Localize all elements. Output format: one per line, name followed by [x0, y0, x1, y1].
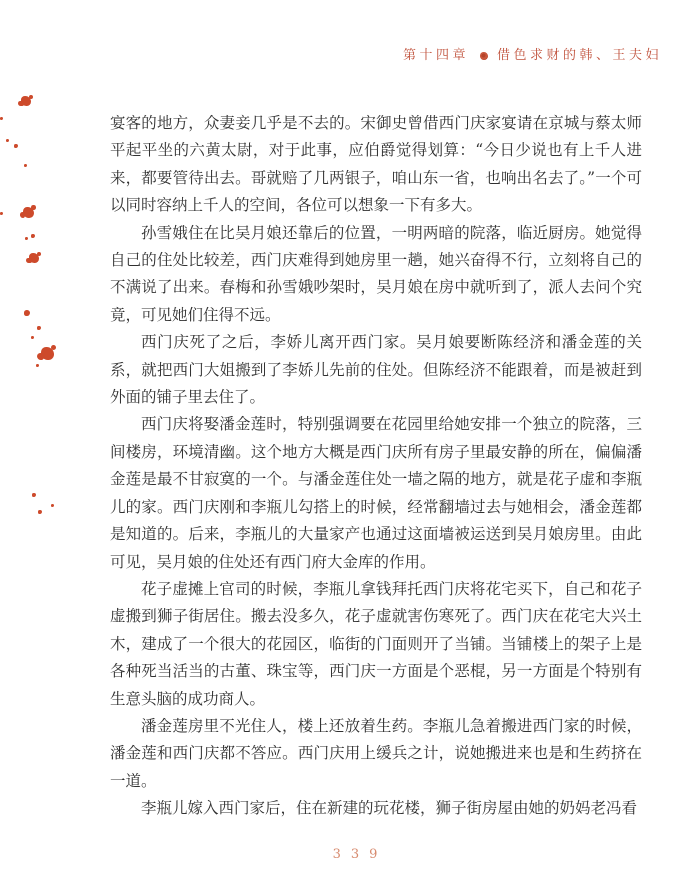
ink-splotch — [37, 326, 41, 330]
ink-splotch — [6, 139, 9, 142]
paragraph: 花子虚摊上官司的时候，李瓶儿拿钱拜托西门庆将花宅买下，自己和花子虚搬到狮子街居住… — [110, 576, 642, 713]
paragraph: 李瓶儿嫁入西门家后，住在新建的玩花楼，狮子街房屋由她的奶妈老冯看 — [110, 795, 642, 822]
chapter-title: 借色求财的韩、王夫妇 — [497, 48, 662, 63]
ink-splotch — [0, 117, 3, 120]
ink-splotch — [21, 96, 31, 106]
paragraph: 西门庆将娶潘金莲时，特别强调要在花园里给她安排一个独立的院落，三间楼房，环境清幽… — [110, 411, 642, 575]
running-header: 第十四章借色求财的韩、王夫妇 — [403, 44, 662, 63]
paragraph: 西门庆死了之后，李娇儿离开西门家。吴月娘要断陈经济和潘金莲的关系，就把西门大姐搬… — [110, 329, 642, 411]
ink-splotch — [23, 207, 34, 218]
book-page: 第十四章借色求财的韩、王夫妇 宴客的地方，众妻妾几乎是不去的。宋御史曾借西门庆家… — [0, 0, 686, 876]
ink-splotch — [41, 347, 54, 360]
ink-splotch — [25, 237, 28, 240]
paragraph: 潘金莲房里不光住人，楼上还放着生药。李瓶儿急着搬进西门家的时候，潘金莲和西门庆都… — [110, 713, 642, 795]
ink-splotch — [0, 212, 3, 215]
seal-dot-icon — [480, 52, 488, 60]
ink-splotch — [31, 336, 34, 339]
ink-splotch — [29, 253, 39, 263]
page-number: 339 — [333, 847, 388, 862]
ink-splotch — [24, 164, 27, 167]
ink-splotch — [32, 493, 36, 497]
chapter-label: 第十四章 — [403, 48, 469, 63]
page-footer: 339 — [110, 843, 610, 862]
ink-splotch — [24, 310, 30, 316]
ink-splotch — [36, 364, 39, 367]
ink-splotch — [38, 510, 42, 514]
ink-splotch — [51, 504, 54, 507]
paragraph: 宴客的地方，众妻妾几乎是不去的。宋御史曾借西门庆家宴请在京城与蔡太师平起平坐的六… — [110, 110, 642, 220]
ink-splotch — [31, 234, 35, 238]
page-body: 宴客的地方，众妻妾几乎是不去的。宋御史曾借西门庆家宴请在京城与蔡太师平起平坐的六… — [110, 110, 642, 823]
ink-splotch — [14, 144, 18, 148]
paragraph: 孙雪娥住在比吴月娘还靠后的位置，一明两暗的院落，临近厨房。她觉得自己的住处比较差… — [110, 220, 642, 330]
